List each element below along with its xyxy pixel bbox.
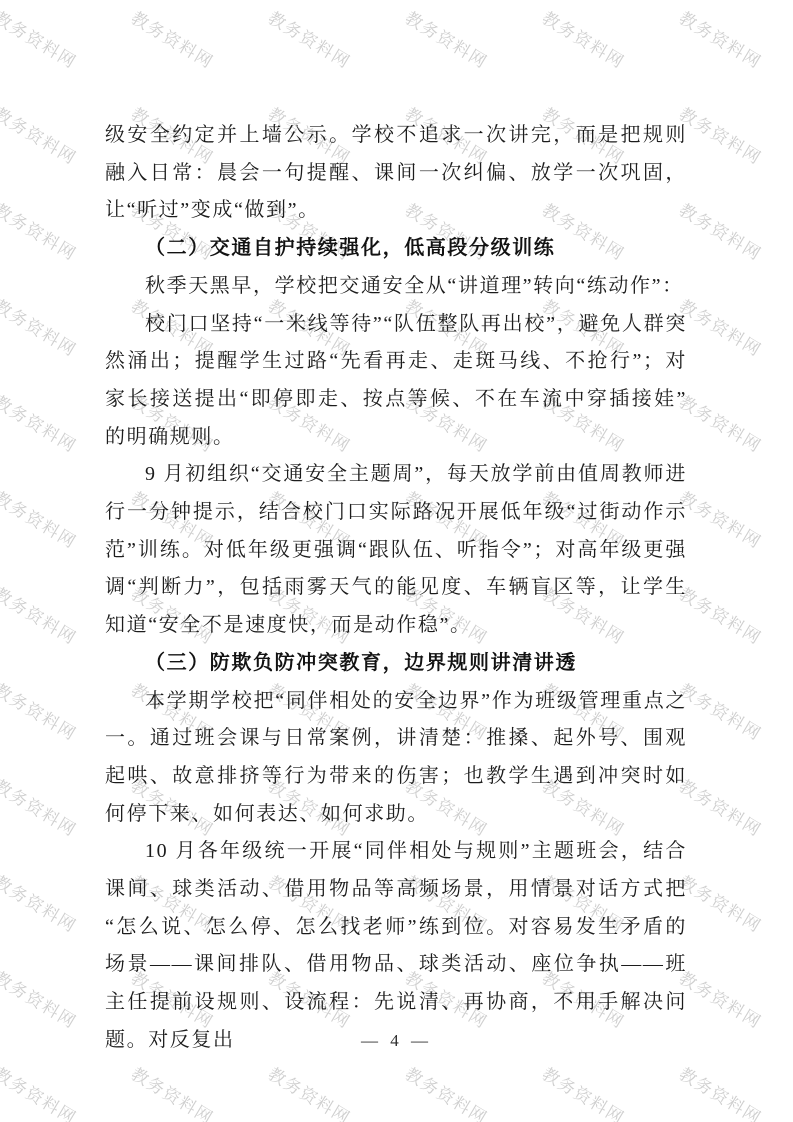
watermark-text: 教务资料网 <box>264 4 356 73</box>
watermark-text: 教务资料网 <box>0 868 82 937</box>
watermark-text: 教务资料网 <box>675 772 767 841</box>
watermark-text: 教务资料网 <box>127 1060 219 1122</box>
watermark-text: 教务资料网 <box>675 100 767 169</box>
watermark-text: 教务资料网 <box>0 676 82 745</box>
watermark-text: 教务资料网 <box>675 868 767 937</box>
body-paragraph: 9 月初组织“交通安全主题周”，每天放学前由值周教师进行一分钟提示，结合校门口实… <box>105 456 687 645</box>
watermark-text: 教务资料网 <box>0 772 82 841</box>
document-body: 级安全约定并上墙公示。学校不追求一次讲完，而是把规则融入日常：晨会一句提醒、课间… <box>105 117 687 1060</box>
section-heading: （二）交通自护持续强化，低高段分级训练 <box>105 230 687 268</box>
watermark-text: 教务资料网 <box>0 964 82 1033</box>
watermark-text: 教务资料网 <box>0 292 82 361</box>
watermark-text: 教务资料网 <box>538 1060 630 1122</box>
watermark-text: 教务资料网 <box>0 4 82 73</box>
watermark-text: 教务资料网 <box>675 292 767 361</box>
watermark-text: 教务资料网 <box>675 964 767 1033</box>
watermark-text: 教务资料网 <box>0 484 82 553</box>
body-paragraph: 级安全约定并上墙公示。学校不追求一次讲完，而是把规则融入日常：晨会一句提醒、课间… <box>105 117 687 230</box>
section-heading: （三）防欺负防冲突教育，边界规则讲清讲透 <box>105 645 687 683</box>
body-paragraph: 本学期学校把“同伴相处的安全边界”作为班级管理重点之一。通过班会课与日常案例，讲… <box>105 683 687 834</box>
watermark-text: 教务资料网 <box>0 580 82 649</box>
watermark-text: 教务资料网 <box>675 1060 767 1122</box>
watermark-text: 教务资料网 <box>401 1060 493 1122</box>
watermark-text: 教务资料网 <box>675 580 767 649</box>
watermark-text: 教务资料网 <box>264 1060 356 1122</box>
watermark-text: 教务资料网 <box>675 484 767 553</box>
body-paragraph: 校门口坚持“一米线等待”“队伍整队再出校”，避免人群突然涌出；提醒学生过路“先看… <box>105 306 687 457</box>
watermark-text: 教务资料网 <box>675 4 767 73</box>
page-footer: — 4 — <box>0 1031 793 1051</box>
watermark-text: 教务资料网 <box>675 196 767 265</box>
watermark-text: 教务资料网 <box>0 196 82 265</box>
watermark-text: 教务资料网 <box>675 676 767 745</box>
body-paragraph: 10 月各年级统一开展“同伴相处与规则”主题班会，结合课间、球类活动、借用物品等… <box>105 833 687 1059</box>
page-number: — 4 — <box>361 1031 432 1050</box>
watermark-text: 教务资料网 <box>127 4 219 73</box>
watermark-text: 教务资料网 <box>0 388 82 457</box>
watermark-text: 教务资料网 <box>538 4 630 73</box>
body-paragraph: 秋季天黑早，学校把交通安全从“讲道理”转向“练动作”： <box>105 268 687 306</box>
watermark-text: 教务资料网 <box>401 4 493 73</box>
document-page: 教务资料网教务资料网教务资料网教务资料网教务资料网教务资料网教务资料网教务资料网… <box>0 0 793 1122</box>
watermark-text: 教务资料网 <box>0 100 82 169</box>
watermark-text: 教务资料网 <box>0 1060 82 1122</box>
watermark-text: 教务资料网 <box>675 388 767 457</box>
